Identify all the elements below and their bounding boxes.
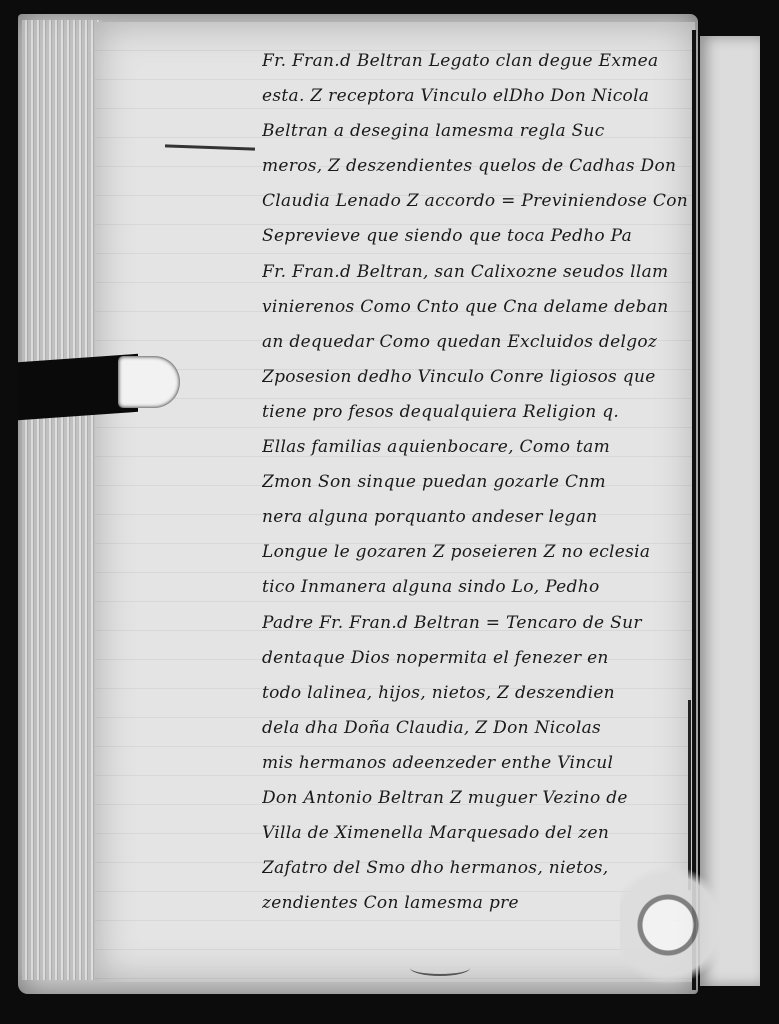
text-line: Zafatro del Smo dho hermanos, nietos, bbox=[262, 851, 692, 886]
facing-page-edge bbox=[700, 36, 760, 986]
text-line: Zposesion dedho Vinculo Conre ligiosos q… bbox=[262, 360, 692, 395]
text-line: Zmon Son sinque puedan gozarle Cnm bbox=[262, 465, 692, 500]
page-tab-marker bbox=[18, 352, 168, 418]
text-line: esta. Z receptora Vinculo elDho Don Nico… bbox=[262, 79, 692, 114]
text-line: todo lalinea, hijos, nietos, Z deszendie… bbox=[262, 676, 692, 711]
text-line: dentaque Dios nopermita el fenezer en bbox=[262, 641, 692, 676]
text-line: Padre Fr. Fran.d Beltran = Tencaro de Su… bbox=[262, 606, 692, 641]
text-line: an dequedar Como quedan Excluidos delgoz bbox=[262, 325, 692, 360]
text-line: mis hermanos adeenzeder enthe Vincul bbox=[262, 746, 692, 781]
tab-tip bbox=[118, 356, 180, 408]
text-line: meros, Z deszendientes quelos de Cadhas … bbox=[262, 149, 692, 184]
text-line: Beltran a desegina lamesma regla Suc bbox=[262, 114, 692, 149]
text-line: Fr. Fran.d Beltran Legato clan degue Exm… bbox=[262, 44, 692, 79]
text-line: Claudia Lenado Z accordo = Previniendose… bbox=[262, 184, 692, 219]
text-line: nera alguna porquanto andeser legan bbox=[262, 500, 692, 535]
text-line: dela dha Doña Claudia, Z Don Nicolas bbox=[262, 711, 692, 746]
text-line: Longue le gozaren Z poseieren Z no ecles… bbox=[262, 535, 692, 570]
text-line: Villa de Ximenella Marquesado del zen bbox=[262, 816, 692, 851]
text-line: Don Antonio Beltran Z muguer Vezino de bbox=[262, 781, 692, 816]
handwritten-text: Fr. Fran.d Beltran Legato clan degue Exm… bbox=[262, 44, 692, 921]
text-line: tiene pro fesos dequalquiera Religion q. bbox=[262, 395, 692, 430]
text-line: Seprevieve que siendo que toca Pedho Pa bbox=[262, 219, 692, 254]
closing-flourish bbox=[410, 960, 470, 976]
text-line: zendientes Con lamesma pre bbox=[262, 886, 692, 921]
text-line: tico Inmanera alguna sindo Lo, Pedho bbox=[262, 570, 692, 605]
text-line: Fr. Fran.d Beltran, san Calixozne seudos… bbox=[262, 255, 692, 290]
text-line: vinierenos Como Cnto que Cna delame deba… bbox=[262, 290, 692, 325]
page-edges bbox=[22, 20, 102, 980]
text-line: Ellas familias aquienbocare, Como tam bbox=[262, 430, 692, 465]
binding-gutter bbox=[692, 30, 696, 990]
